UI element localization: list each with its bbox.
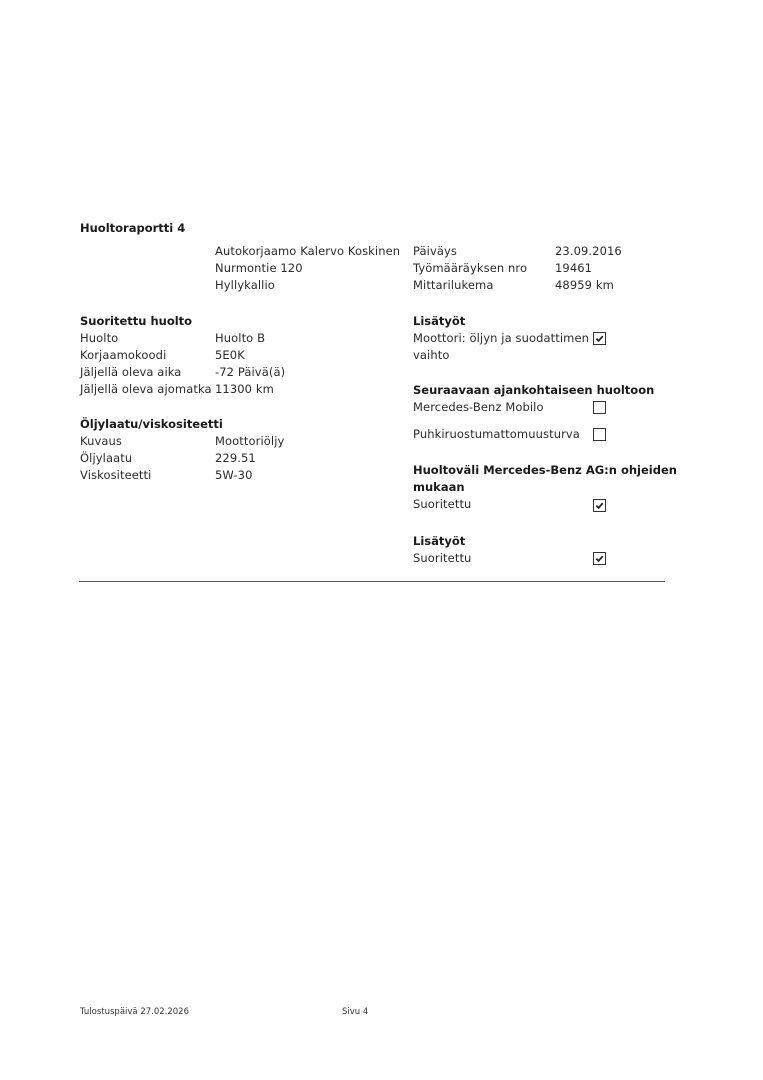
workshop-city: Hyllykallio — [215, 277, 275, 294]
section-divider — [79, 581, 665, 582]
workshop-code-label: Korjaamokoodi — [80, 347, 166, 364]
mobilo-label: Mercedes-Benz Mobilo — [413, 399, 544, 416]
extra-work-item-line1: Moottori: öljyn ja suodattimen — [413, 330, 589, 347]
work-order-label: Työmääräyksen nro — [413, 260, 527, 277]
extra-work-2-done-label: Suoritettu — [413, 550, 471, 567]
interval-heading-line2: mukaan — [413, 479, 465, 496]
next-service-heading: Seuraavaan ajankohtaiseen huoltoon — [413, 382, 654, 399]
print-date: Tulostuspäivä 27.02.2026 — [80, 1006, 189, 1018]
checkbox-empty-icon[interactable] — [593, 401, 606, 414]
remaining-distance-label: Jäljellä oleva ajomatka — [80, 381, 212, 398]
checkbox-checked-icon[interactable] — [593, 552, 606, 565]
workshop-street: Nurmontie 120 — [215, 260, 303, 277]
odometer-value: 48959 km — [555, 277, 614, 294]
interval-done-label: Suoritettu — [413, 496, 471, 513]
work-order-value: 19461 — [555, 260, 592, 277]
remaining-time-label: Jäljellä oleva aika — [80, 364, 181, 381]
service-done-heading: Suoritettu huolto — [80, 313, 192, 330]
report-title: Huoltoraportti 4 — [80, 220, 185, 237]
page-number: Sivu 4 — [342, 1006, 368, 1018]
viscosity-value: 5W-30 — [215, 467, 253, 484]
extra-work-2-heading: Lisätyöt — [413, 533, 465, 550]
checkbox-empty-icon[interactable] — [593, 428, 606, 441]
checkbox-checked-icon[interactable] — [593, 499, 606, 512]
date-value: 23.09.2016 — [555, 243, 622, 260]
service-value: Huolto B — [215, 330, 265, 347]
date-label: Päiväys — [413, 243, 457, 260]
oil-description-label: Kuvaus — [80, 433, 122, 450]
oil-heading: Öljylaatu/viskositeetti — [80, 416, 223, 433]
oil-quality-value: 229.51 — [215, 450, 256, 467]
oil-description-value: Moottoriöljy — [215, 433, 284, 450]
remaining-distance-value: 11300 km — [215, 381, 274, 398]
rust-warranty-label: Puhkiruostumattomuusturva — [413, 426, 580, 443]
oil-quality-label: Öljylaatu — [80, 450, 132, 467]
service-label: Huolto — [80, 330, 118, 347]
interval-heading-line1: Huoltoväli Mercedes-Benz AG:n ohjeiden — [413, 462, 677, 479]
viscosity-label: Viskositeetti — [80, 467, 151, 484]
extra-work-item-line2: vaihto — [413, 347, 449, 364]
remaining-time-value: -72 Päivä(ä) — [215, 364, 285, 381]
checkbox-checked-icon[interactable] — [593, 332, 606, 345]
extra-work-heading: Lisätyöt — [413, 313, 465, 330]
workshop-name: Autokorjaamo Kalervo Koskinen — [215, 243, 400, 260]
odometer-label: Mittarilukema — [413, 277, 493, 294]
workshop-code-value: 5E0K — [215, 347, 245, 364]
